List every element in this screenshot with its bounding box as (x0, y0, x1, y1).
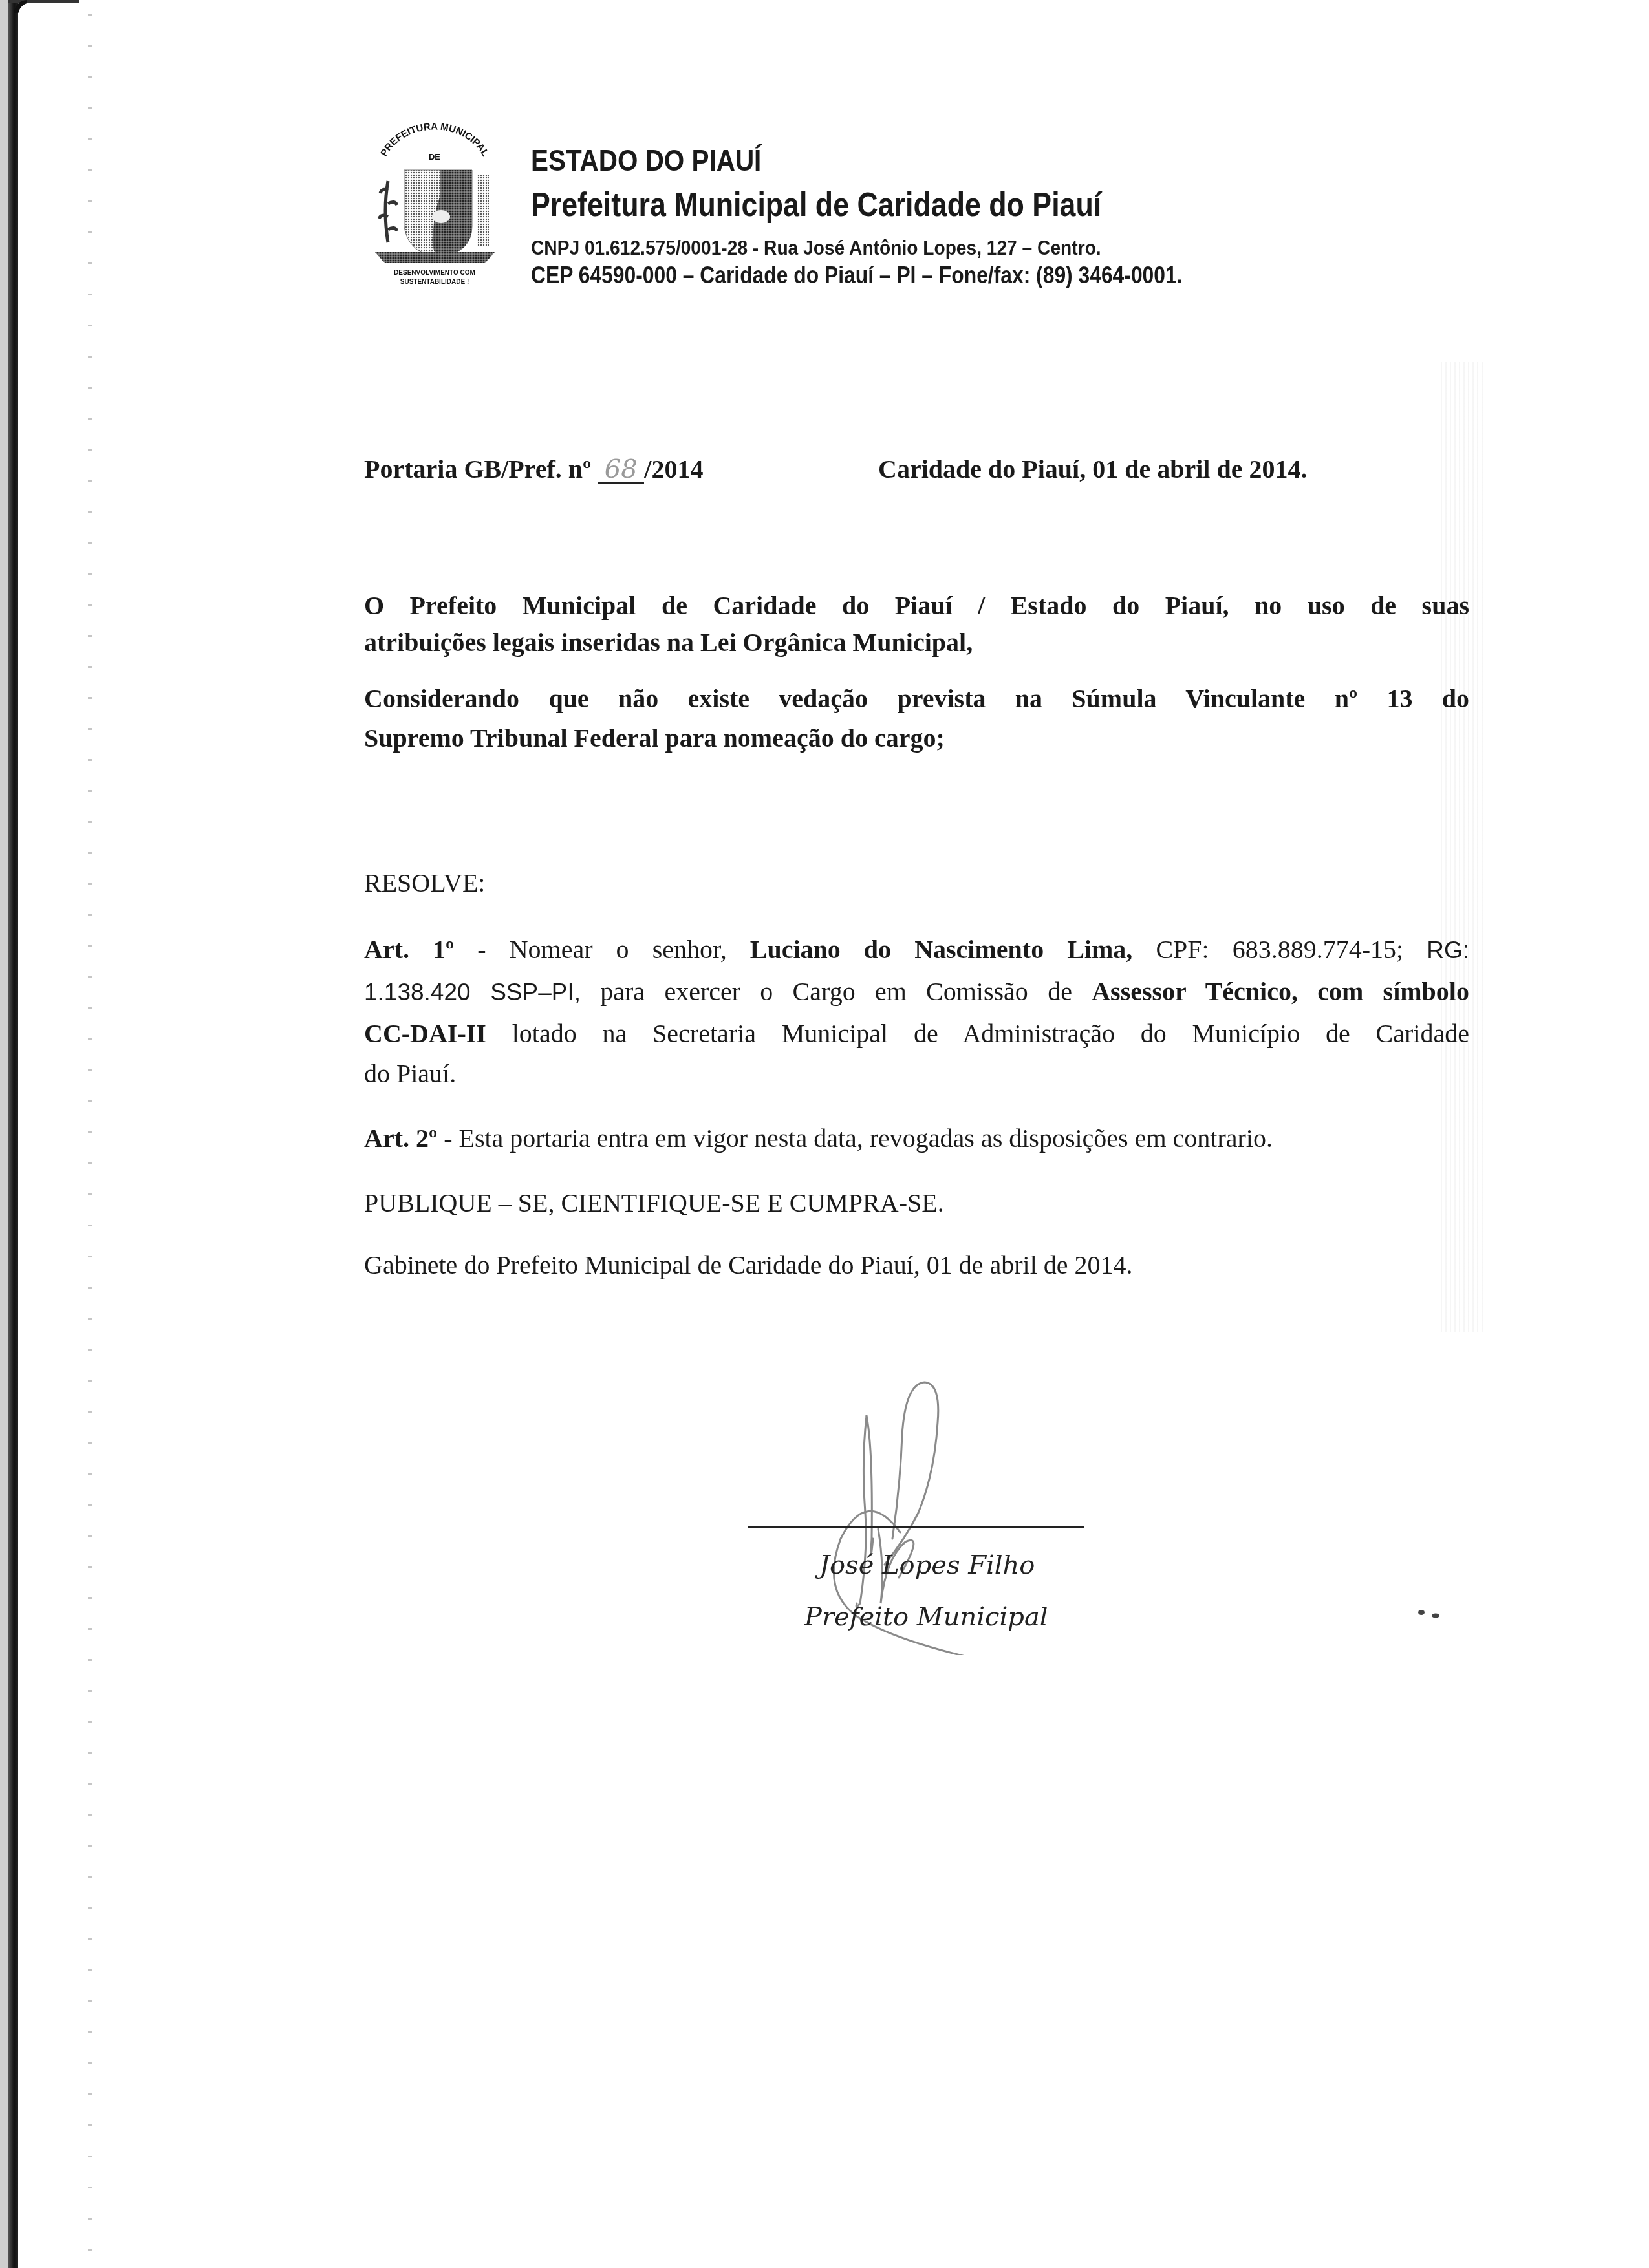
scan-speck-line (88, 0, 92, 2268)
portaria-prefix: Portaria GB/Pref. nº (364, 455, 591, 484)
closing-statement: Gabinete do Prefeito Municipal de Carida… (364, 1250, 1133, 1280)
portaria-suffix: /2014 (644, 455, 703, 484)
portaria-number: Portaria GB/Pref. nº 68/2014 (364, 455, 703, 484)
art1-text: - Nomear o senhor, (454, 935, 750, 964)
scan-edge-dark (8, 0, 18, 2268)
art2: Art. 2º - Esta portaria entra em vigor n… (364, 1124, 1273, 1153)
publish-statement: PUBLIQUE – SE, CIENTIFIQUE-SE E CUMPRA-S… (364, 1188, 944, 1218)
signature-line (748, 1526, 1084, 1528)
art1-label: Art. 1º (364, 935, 454, 964)
svg-text:DE: DE (429, 152, 440, 162)
considering-line-1: Considerando que não existe vedação prev… (364, 684, 1469, 714)
appointee-cpf: CPF: 683.889.774-15; (1132, 935, 1427, 964)
role-symbol: CC-DAI-II (364, 1019, 486, 1048)
scan-edge-light (0, 0, 8, 2268)
preamble-line-2: atribuições legais inseridas na Lei Orgâ… (364, 628, 973, 658)
header-cnpj-address: CNPJ 01.612.575/0001-28 - Rua José Antôn… (531, 236, 1101, 259)
signatory-title: Prefeito Municipal (804, 1602, 1048, 1632)
art1-line-2: 1.138.420 SSP–PI, para exercer o Cargo e… (364, 977, 1469, 1007)
art1-text-3: lotado na Secretaria Municipal de Admini… (486, 1019, 1469, 1048)
art1-line-4: do Piauí. (364, 1059, 456, 1089)
art1-text-2: para exercer o Cargo em Comissão de (581, 977, 1092, 1006)
appointee-role: Assessor Técnico, com símbolo (1092, 977, 1469, 1006)
rg-label: RG: (1427, 937, 1469, 963)
art2-text: - Esta portaria entra em vigor nesta dat… (437, 1124, 1273, 1153)
header-state: ESTADO DO PIAUÍ (531, 144, 761, 177)
appointee-name: Luciano do Nascimento Lima, (750, 935, 1133, 964)
municipal-crest-icon: PREFEITURA MUNICIPAL DE DESENVOLVIMENTO … (369, 120, 498, 291)
considering-line-2: Supremo Tribunal Federal para nomeação d… (364, 723, 945, 753)
art2-label: Art. 2º (364, 1124, 437, 1153)
scan-corner (18, 3, 31, 16)
portaria-place-date: Caridade do Piauí, 01 de abril de 2014. (878, 455, 1307, 484)
scan-edge-top (8, 0, 79, 3)
art1-line-1: Art. 1º - Nomear o senhor, Luciano do Na… (364, 935, 1469, 965)
appointee-rg: 1.138.420 SSP–PI, (364, 979, 581, 1005)
signatory-name: José Lopes Filho (819, 1550, 1035, 1580)
header-prefecture: Prefeitura Municipal de Caridade do Piau… (531, 186, 1101, 224)
resolve-heading: RESOLVE: (364, 868, 485, 898)
svg-text:DESENVOLVIMENTO COM: DESENVOLVIMENTO COM (394, 270, 475, 277)
scan-noise (1441, 362, 1486, 1332)
svg-text:SUSTENTABILIDADE !: SUSTENTABILIDADE ! (400, 279, 469, 286)
header-cep-contact: CEP 64590-000 – Caridade do Piauí – PI –… (531, 262, 1183, 289)
ink-specks (1416, 1609, 1442, 1619)
art1-line-3: CC-DAI-II lotado na Secretaria Municipal… (364, 1019, 1469, 1049)
portaria-handwritten-number: 68 (598, 456, 644, 484)
preamble-line-1: O Prefeito Municipal de Caridade do Piau… (364, 591, 1469, 621)
